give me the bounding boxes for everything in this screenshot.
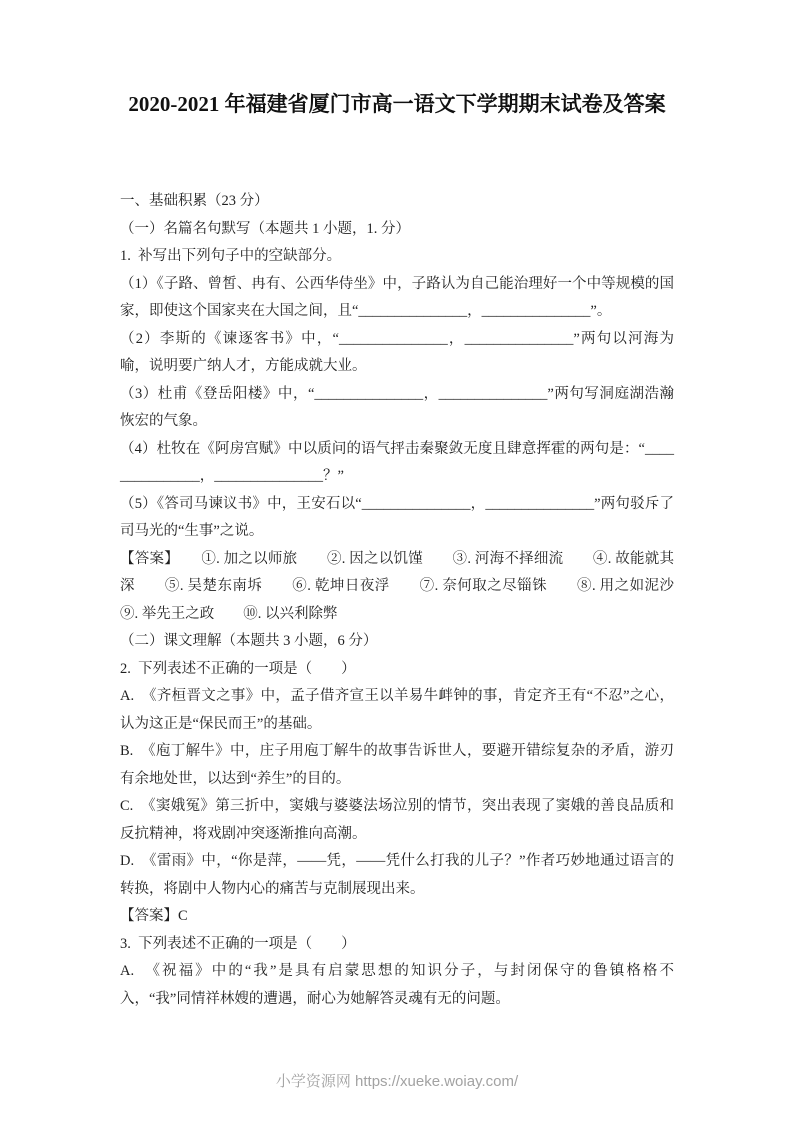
question-2-option-d: D. 《雷雨》中，“你是萍，——凭，——凭什么打我的儿子？”作者巧妙地通过语言的… bbox=[120, 848, 674, 903]
question-1-part-4: （4）杜牧在《阿房宫赋》中以质问的语气抨击秦聚敛无度且肆意挥霍的两句是：“___… bbox=[120, 436, 674, 491]
subsection-1-heading: （一）名篇名句默写（本题共 1 小题，1. 分） bbox=[120, 216, 674, 244]
question-1-part-1: （1）《子路、曾皙、冉有、公西华侍坐》中，子路认为自己能治理好一个中等规模的国家… bbox=[120, 271, 674, 326]
subsection-2-heading: （二）课文理解（本题共 3 小题，6 分） bbox=[120, 628, 674, 656]
question-2-answer: 【答案】C bbox=[120, 903, 674, 931]
document-page: 2020-2021 年福建省厦门市高一语文下学期期末试卷及答案 一、基础积累（2… bbox=[0, 0, 794, 1122]
page-content: 2020-2021 年福建省厦门市高一语文下学期期末试卷及答案 一、基础积累（2… bbox=[0, 0, 794, 1013]
question-3-stem: 3. 下列表述不正确的一项是（ ） bbox=[120, 931, 674, 959]
question-1-part-5: （5）《答司马谏议书》中，王安石以“_______________，______… bbox=[120, 491, 674, 546]
footer-watermark: 小学资源网 https://xueke.woiay.com/ bbox=[0, 1071, 794, 1092]
section-1-heading: 一、基础积累（23 分） bbox=[120, 188, 674, 216]
question-2-option-a: A. 《齐桓晋文之事》中，孟子借齐宣王以羊易牛衅钟的事，肯定齐王有“不忍”之心，… bbox=[120, 683, 674, 738]
question-1-answer: 【答案】 ①. 加之以师旅 ②. 因之以饥馑 ③. 河海不择细流 ④. 故能就其… bbox=[120, 546, 674, 629]
question-2-option-c: C. 《窦娥冤》第三折中，窦娥与婆婆法场泣别的情节，突出表现了窦娥的善良品质和反… bbox=[120, 793, 674, 848]
question-3-option-a: A. 《祝福》中的“我”是具有启蒙思想的知识分子，与封闭保守的鲁镇格格不入，“我… bbox=[120, 958, 674, 1013]
question-1-part-2: （2）李斯的《谏逐客书》中，“_______________，_________… bbox=[120, 326, 674, 381]
question-1-part-3: （3）杜甫《登岳阳楼》中，“_______________，__________… bbox=[120, 381, 674, 436]
question-2-stem: 2. 下列表述不正确的一项是（ ） bbox=[120, 656, 674, 684]
page-title: 2020-2021 年福建省厦门市高一语文下学期期末试卷及答案 bbox=[120, 89, 674, 119]
question-1-stem: 1. 补写出下列句子中的空缺部分。 bbox=[120, 243, 674, 271]
question-2-option-b: B. 《庖丁解牛》中，庄子用庖丁解牛的故事告诉世人，要避开错综复杂的矛盾，游刃有… bbox=[120, 738, 674, 793]
